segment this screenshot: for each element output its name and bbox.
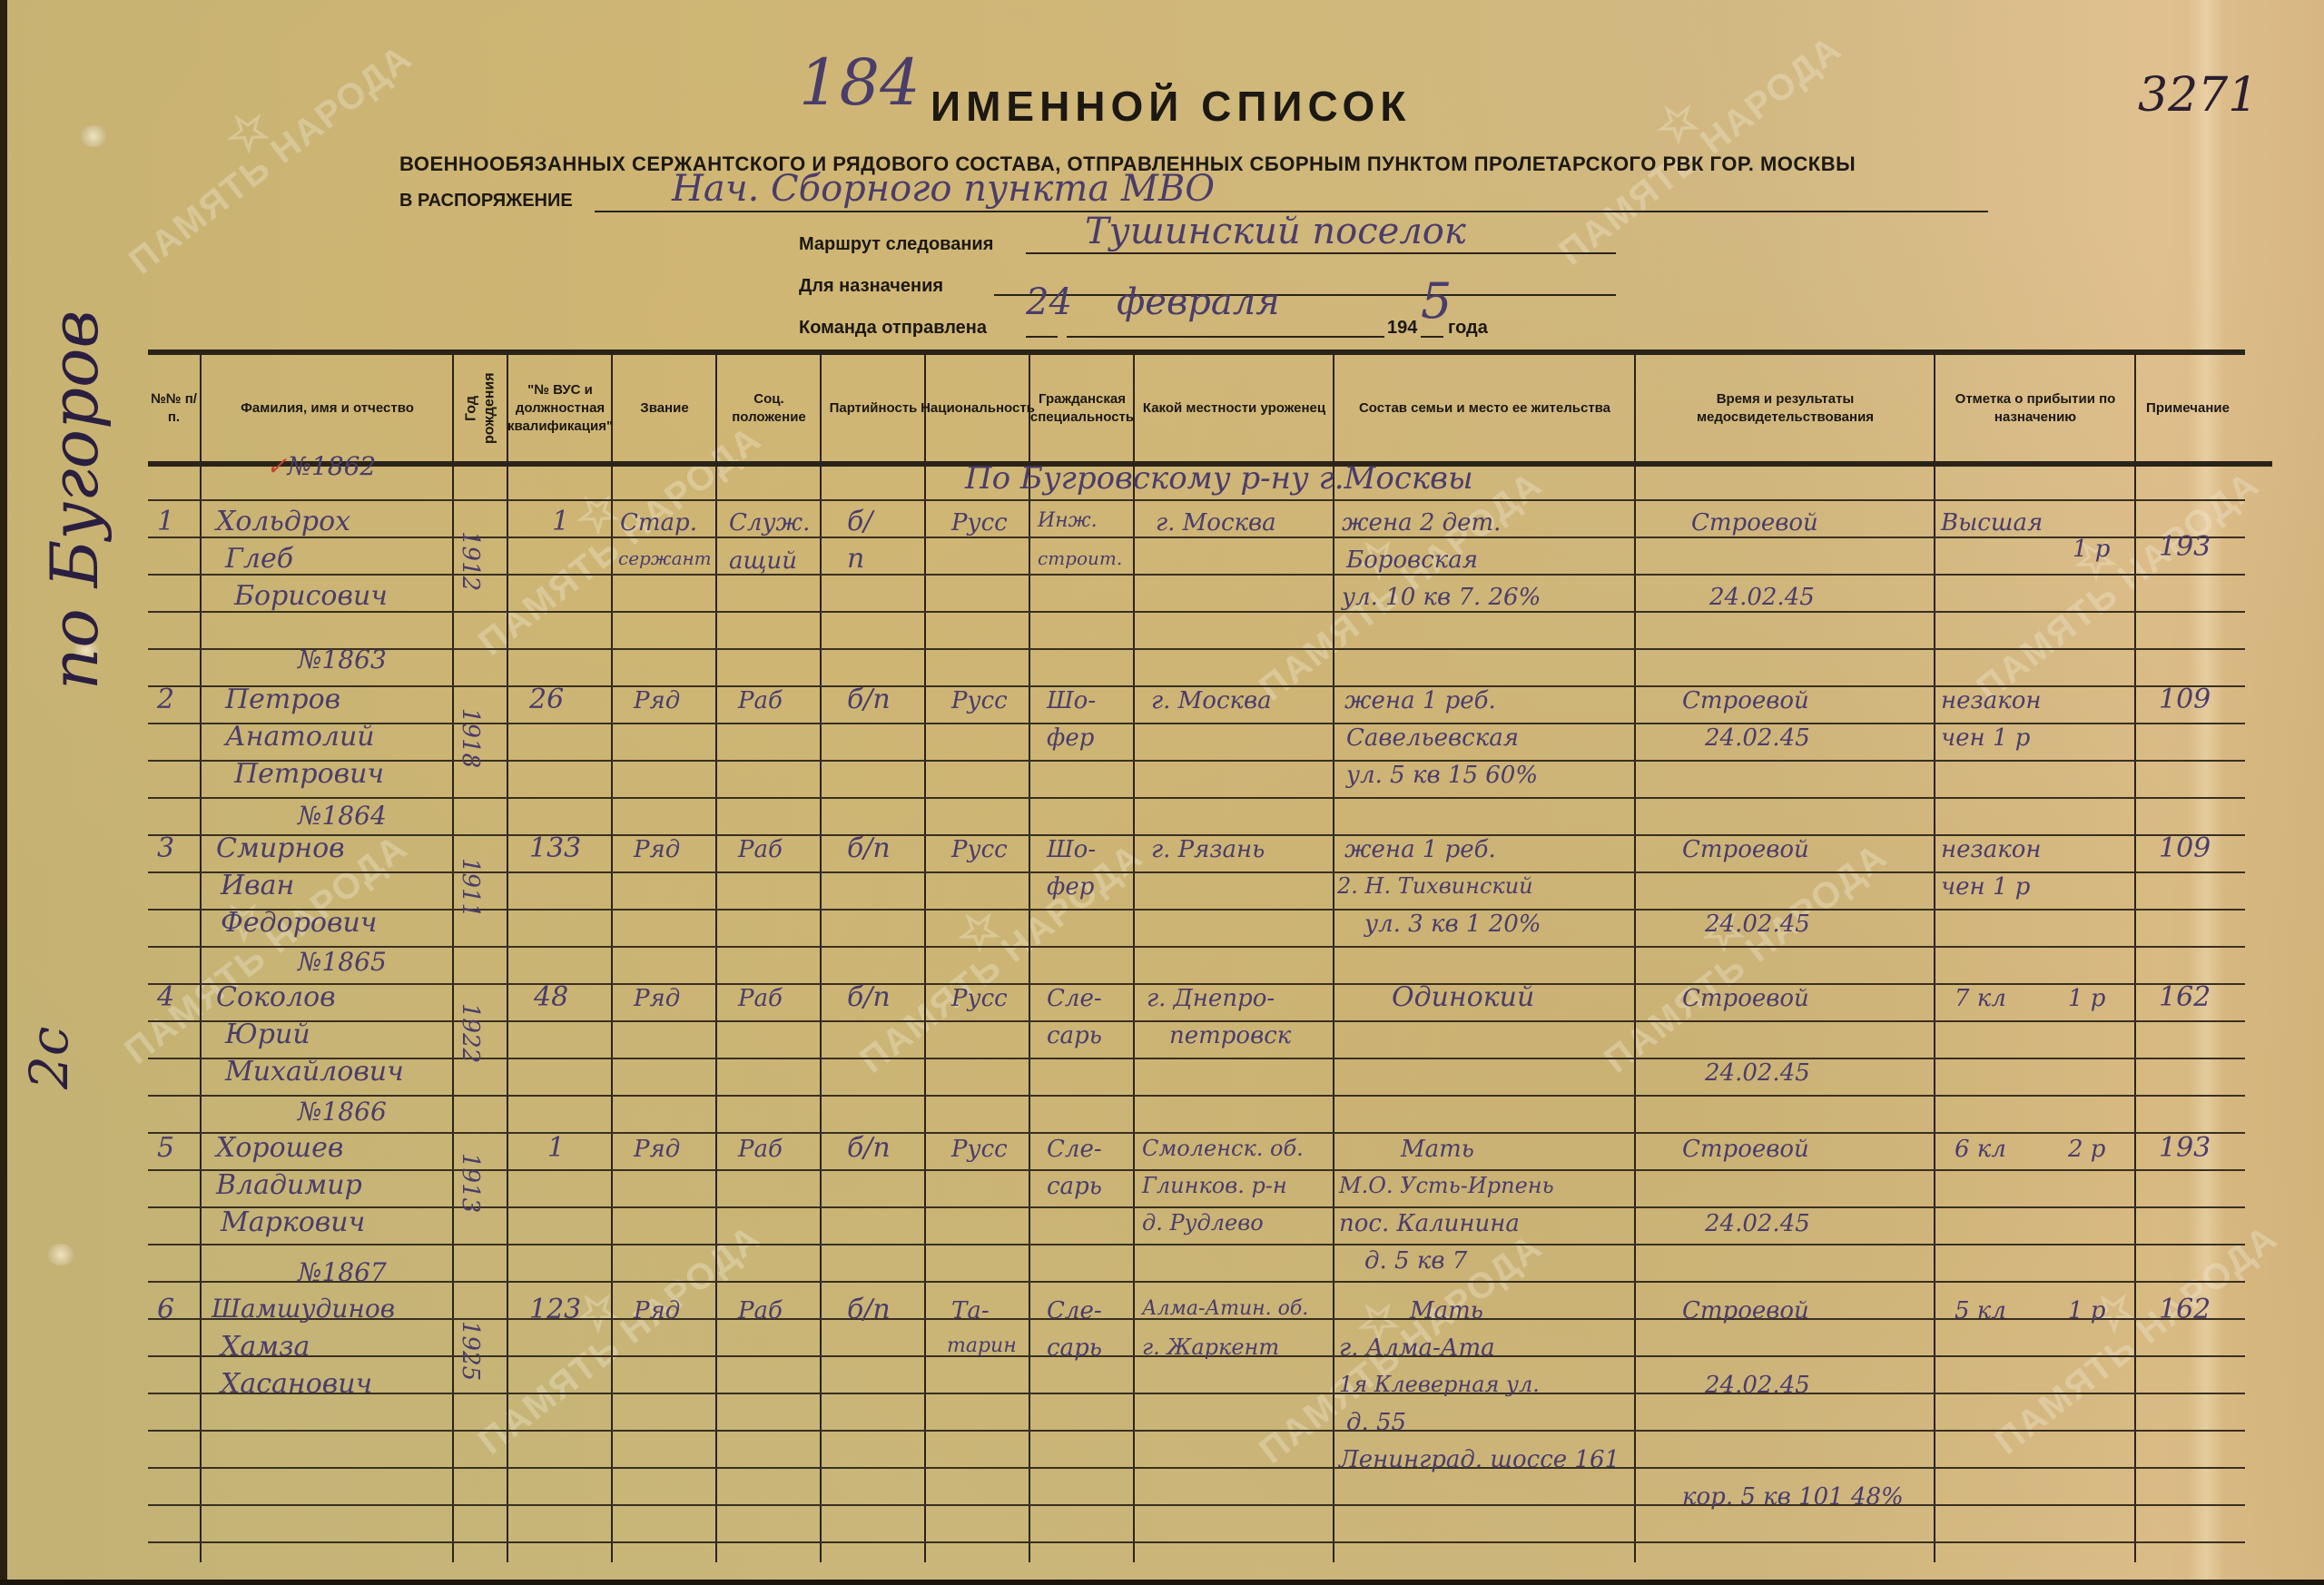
column-header-medical: Время и результаты медосвидетельствовани… [1637,359,1934,458]
nationality: Та- [951,1297,990,1324]
row-rule [148,1281,2245,1283]
rank-cont: сержант [618,547,712,569]
social-status: Раб [738,1297,783,1324]
party: б/п [847,1294,891,1325]
specialty-cont: строит. [1038,547,1122,569]
birth-year: 1918 [457,708,484,768]
registration-number: №1863 [298,645,387,674]
medical-result: Строевой [1682,1136,1809,1163]
column-header-party: Партийность [822,359,924,458]
sent-label: Команда отправлена [799,318,987,339]
patronymic: Борисович [234,580,388,612]
arrival-mark: 7 кл [1955,985,2006,1012]
patronymic: Петрович [234,758,384,790]
patronymic: Федорович [221,907,377,939]
arrival-mark: незакон [1941,687,2042,714]
family: Мать [1401,1136,1474,1163]
column-header-name: Фамилия, имя и отчество [202,359,452,458]
nationality: Русс [951,985,1008,1012]
arrival-mark-cont: чен 1 р [1941,724,2030,752]
vus-number: 133 [529,832,581,864]
sent-year-underline [1421,336,1443,338]
birth-year: 1925 [457,1321,484,1381]
specialty: Шо- [1047,687,1096,714]
birthplace: г. Москва [1151,687,1272,714]
family-address: Боровская [1346,546,1478,574]
route-value: Тушинский поселок [1085,211,1466,252]
vus-number: 123 [529,1294,581,1325]
column-header-nationality: Национальность [927,359,1029,458]
medical-date: 24.02.45 [1705,911,1810,938]
medical-result: Строевой [1691,509,1818,537]
vus-number: 1 [552,506,569,537]
vus-number: 1 [547,1132,565,1164]
medical-result: Строевой [1682,836,1809,863]
rank: Ряд [634,687,680,714]
arrival-mark-cont: чен 1 р [1941,873,2030,901]
birthplace: г. Рязань [1151,836,1265,863]
row-rule [148,1504,2245,1506]
arrival-mark-cont: 1 р [2068,985,2105,1012]
specialty: Сле- [1047,1297,1102,1324]
note: 162 [2159,1294,2211,1325]
column-header-vus: "№ ВУС и должностная квалификация" [509,359,611,458]
specialty: Инж. [1038,509,1098,532]
patronymic: Маркович [221,1206,365,1238]
row-number: 1 [157,506,174,537]
footer-note-cont: кор. 5 кв 101 48% [1682,1483,1904,1511]
specialty-cont: сарь [1047,1334,1102,1362]
arrival-mark: Высшая [1941,509,2043,537]
scan-edge-bottom [0,1580,2324,1585]
arrival-mark-cont: 1 р [2068,1297,2105,1324]
family-address: Савельевская [1346,724,1519,752]
family-address-cont: пос. Калинина [1339,1210,1520,1237]
specialty: Шо- [1047,836,1096,863]
sent-day: 24 [1026,281,1072,323]
social-status-cont: ащий [729,547,797,575]
row-number: 6 [157,1294,174,1325]
social-status: Раб [738,687,783,714]
patronymic: Михайлович [225,1056,404,1088]
scan-edge-left [0,0,7,1585]
family-address-cont: ул. 5 кв 15 60% [1346,762,1538,789]
district-note: По Бугровскому р-ну г.Москвы [965,460,1473,497]
row-rule [148,1467,2245,1469]
column-header-number: №№ п/п. [148,359,200,458]
rank: Ряд [634,1136,680,1163]
surname: Хорошев [216,1132,343,1164]
arrival-mark: 6 кл [1955,1136,2006,1163]
vus-number: 26 [529,684,564,715]
first-name: Хамза [221,1331,310,1363]
row-rule [148,1244,2245,1245]
margin-note: по Бугоров [36,310,113,690]
medical-date: 24.02.45 [1705,1210,1810,1237]
patronymic: Хасанович [221,1368,372,1400]
first-name: Владимир [216,1169,362,1201]
party: б/ [847,506,872,537]
specialty-cont: сарь [1047,1173,1102,1200]
nationality: Русс [951,687,1008,714]
surname: Шамшудинов [212,1294,395,1324]
medical-result: Строевой [1682,687,1809,714]
row-number: 3 [157,832,174,864]
row-number: 4 [157,981,174,1013]
row-rule [148,1430,2245,1432]
nationality-cont: тарин [947,1334,1017,1357]
registration-number: №1862 [287,451,376,481]
rank: Ряд [634,985,680,1012]
registration-number: №1866 [298,1097,387,1127]
row-rule [148,1541,2245,1543]
margin-note-2: 2с [18,1027,80,1089]
row-rule [148,648,2245,650]
family-address: 2. Н. Тихвинский [1337,873,1533,899]
arrival-mark: незакон [1941,836,2042,863]
family: жена 1 реб. [1344,836,1496,863]
row-rule [148,1095,2245,1097]
specialty-cont: сарь [1047,1022,1102,1049]
birthplace-cont: петровск [1169,1022,1291,1049]
note: 162 [2159,981,2211,1013]
row-rule [148,499,2245,501]
arrival-mark-cont: 1 р [2073,536,2110,563]
column-header-arrival: Отметка о прибытии по назначению [1936,359,2134,458]
social-status: Служ. [729,509,810,537]
route-label: Маршрут следования [799,234,993,255]
family: жена 2 дет. [1342,509,1501,537]
birth-year: 1912 [457,531,484,591]
family-address-cont: ул. 3 кв 1 20% [1364,911,1541,938]
social-status: Раб [738,1136,783,1163]
archive-number: 184 [799,45,921,120]
row-rule [148,1393,2245,1394]
surname: Петров [225,684,340,715]
party: б/п [847,981,891,1013]
sent-month-underline [1067,336,1384,338]
nationality: Русс [951,509,1008,537]
family: жена 1 реб. [1344,687,1496,714]
medical-date: 24.02.45 [1705,1059,1810,1087]
birthplace-cont: Глинков. р-н [1142,1173,1287,1198]
medical-result: Строевой [1682,985,1809,1012]
red-check-mark-icon: ✓ [266,451,287,481]
column-header-specialty: Гражданская специальность [1031,359,1133,458]
nationality: Русс [951,836,1008,863]
sent-month: февраля [1117,281,1280,323]
medical-date: 24.02.45 [1709,584,1815,611]
social-status: Раб [738,836,783,863]
nationality: Русс [951,1136,1008,1163]
rank: Ряд [634,836,680,863]
birth-year: 1913 [457,1153,484,1213]
note: 109 [2159,832,2211,864]
registration-number: №1865 [298,947,387,977]
first-name: Глеб [225,543,293,575]
page-number: 3271 [2138,68,2258,123]
column-header-family: Состав семьи и место ее жительства [1335,359,1634,458]
sent-year-prefix: 194 [1387,318,1417,339]
table-top-rule [148,349,2245,355]
note: 193 [2159,531,2211,563]
birth-year: 1922 [457,1003,484,1063]
row-rule [148,611,2245,613]
row-rule [148,946,2245,948]
destination-label: Для назначения [799,276,943,297]
route-underline [1026,252,1616,254]
family-address: М.О. Усть-Ирпень [1339,1173,1554,1198]
footer-note: Ленинград. шоссе 161 [1339,1446,1620,1473]
birthplace: г. Днепро- [1147,985,1275,1012]
first-name: Юрий [225,1019,310,1050]
row-number: 5 [157,1132,174,1164]
column-header-birth-year: Год рождения [455,359,507,458]
sent-year-word: года [1448,318,1488,339]
surname: Смирнов [216,832,345,864]
family-address-cont: ул. 10 кв 7. 26% [1342,584,1541,611]
birth-year: 1911 [457,858,484,918]
medical-result: Строевой [1682,1297,1809,1324]
note: 193 [2159,1132,2211,1164]
punch-hole [80,125,107,147]
document-title: ИМЕННОЙ СПИСОК [931,82,1411,131]
destination-underline [994,294,1616,296]
row-rule [148,1132,2245,1134]
party: б/п [847,832,891,864]
specialty: Сле- [1047,985,1102,1012]
rank: Стар. [620,509,697,537]
column-header-rank: Звание [614,359,715,458]
vus-number: 48 [534,981,568,1013]
family-address: г. Алма-Ата [1339,1334,1495,1362]
punch-hole [47,1244,74,1265]
surname: Соколов [216,981,336,1013]
birthplace: г. Москва [1156,509,1276,537]
arrival-mark: 5 кл [1955,1297,2006,1324]
specialty-cont: фер [1047,724,1094,752]
family-address-cont: 1я Клеверная ул. [1339,1372,1540,1397]
column-header-birthplace: Какой местности уроженец [1136,359,1333,458]
column-header-social: Соц. положение [718,359,820,458]
birthplace: Алма-Атин. об. [1142,1297,1308,1320]
registration-number: №1867 [298,1257,387,1287]
row-rule [148,797,2245,799]
personnel-table: №№ п/п. Фамилия, имя и отчество Год рожд… [148,349,2272,1566]
party: б/п [847,684,891,715]
column-header-note: Примечание [2137,359,2239,458]
surname: Хольдрох [216,506,350,537]
first-name: Анатолий [225,721,375,753]
sent-day-underline [1026,336,1058,338]
family: Мать [1410,1297,1483,1324]
note: 109 [2159,684,2211,715]
row-number: 2 [157,684,174,715]
birthplace: Смоленск. об. [1142,1136,1304,1161]
arrival-mark-cont: 2 р [2068,1136,2105,1163]
social-status: Раб [738,985,783,1012]
registration-number: №1864 [298,801,387,831]
birthplace-cont-2: д. Рудлево [1142,1210,1264,1236]
family: Одинокий [1392,981,1534,1013]
specialty-cont: фер [1047,873,1094,901]
first-name: Иван [221,870,294,901]
medical-date: 24.02.45 [1705,1372,1810,1399]
specialty: Сле- [1047,1136,1102,1163]
party-cont: п [847,543,864,575]
family-address-cont-2: д. 5 кв 7 [1364,1247,1467,1275]
disposal-value: Нач. Сборного пункта МВО [672,168,1215,210]
family-address-cont-2: д. 55 [1346,1409,1406,1436]
disposal-label: В РАСПОРЯЖЕНИЕ [399,191,573,212]
party: б/п [847,1132,891,1164]
rank: Ряд [634,1297,680,1324]
medical-date: 24.02.45 [1705,724,1810,752]
birthplace-cont: г. Жаркент [1142,1334,1279,1360]
